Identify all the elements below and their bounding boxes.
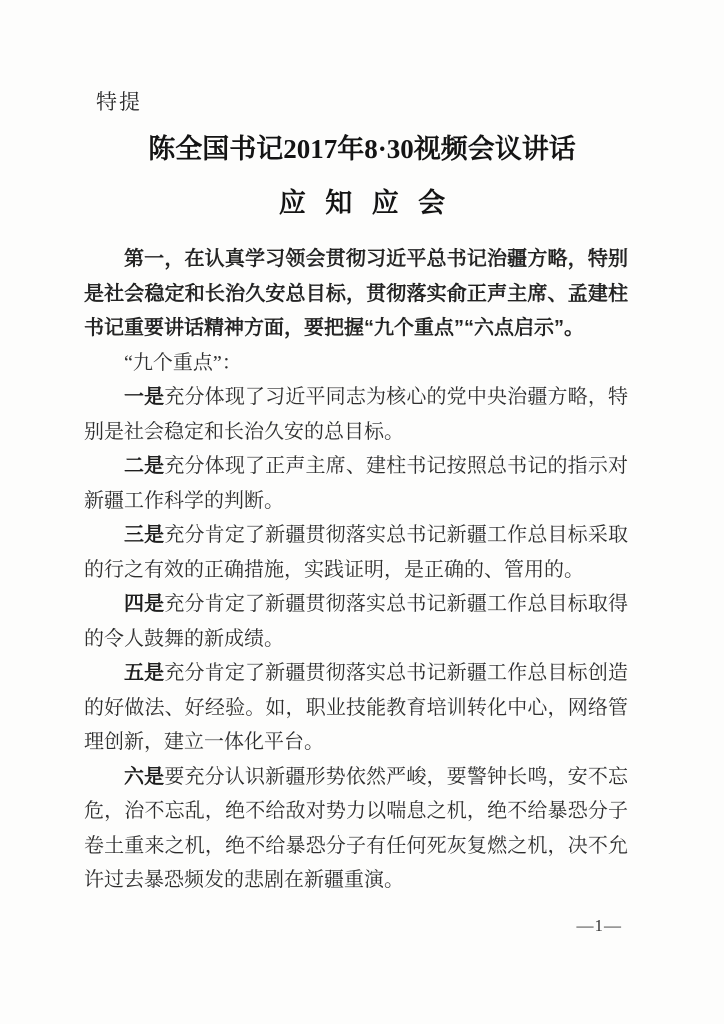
doc-body: 第一，在认真学习领会贯彻习近平总书记治疆方略，特别是社会稳定和长治久安总目标，贯… (84, 242, 628, 898)
point-lead: 五是 (124, 662, 164, 684)
point-lead: 四是 (124, 593, 164, 615)
intro-paragraph: 第一，在认真学习领会贯彻习近平总书记治疆方略，特别是社会稳定和长治久安总目标，贯… (84, 242, 628, 346)
point-paragraph: 三是充分肯定了新疆贯彻落实总书记新疆工作总目标采取的行之有效的正确措施，实践证明… (84, 518, 628, 587)
point-lead: 一是 (124, 386, 164, 408)
point-text: 充分肯定了新疆贯彻落实总书记新疆工作总目标取得的令人鼓舞的新成绩。 (84, 593, 628, 650)
point-paragraph: 二是充分体现了正声主席、建柱书记按照总书记的指示对新疆工作科学的判断。 (84, 449, 628, 518)
point-paragraph: 六是要充分认识新疆形势依然严峻，要警钟长鸣，安不忘危，治不忘乱，绝不给敌对势力以… (84, 760, 628, 898)
point-text: 充分体现了正声主席、建柱书记按照总书记的指示对新疆工作科学的判断。 (84, 455, 628, 512)
doc-subtitle: 应知应会 (0, 187, 724, 219)
point-lead: 二是 (124, 455, 164, 477)
doc-title: 陈全国书记2017年8·30视频会议讲话 (0, 133, 724, 165)
point-text: 充分肯定了新疆贯彻落实总书记新疆工作总目标采取的行之有效的正确措施，实践证明，是… (84, 524, 628, 581)
point-lead: 六是 (124, 766, 164, 788)
point-text: 充分肯定了新疆贯彻落实总书记新疆工作总目标创造的好做法、好经验。如，职业技能教育… (84, 662, 628, 753)
point-lead: 三是 (124, 524, 164, 546)
point-paragraph: 五是充分肯定了新疆贯彻落实总书记新疆工作总目标创造的好做法、好经验。如，职业技能… (84, 656, 628, 760)
point-paragraph: 一是充分体现了习近平同志为核心的党中央治疆方略，特别是社会稳定和长治久安的总目标… (84, 380, 628, 449)
corner-label: 特提 (96, 86, 142, 116)
document-page: 特提 陈全国书记2017年8·30视频会议讲话 应知应会 第一，在认真学习领会贯… (0, 0, 724, 1024)
page-number: —1— (577, 916, 623, 936)
point-paragraph: 四是充分肯定了新疆贯彻落实总书记新疆工作总目标取得的令人鼓舞的新成绩。 (84, 587, 628, 656)
section-heading: “九个重点”： (84, 346, 628, 381)
point-text: 充分体现了习近平同志为核心的党中央治疆方略，特别是社会稳定和长治久安的总目标。 (84, 386, 628, 443)
point-text: 要充分认识新疆形势依然严峻，要警钟长鸣，安不忘危，治不忘乱，绝不给敌对势力以喘息… (84, 766, 628, 892)
